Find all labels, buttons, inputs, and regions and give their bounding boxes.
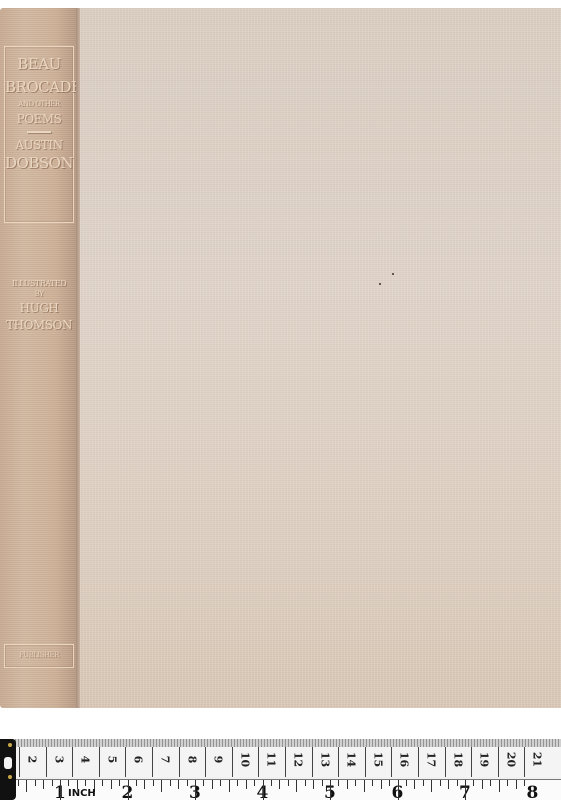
spine-publisher-panel: PUBLISHER	[4, 644, 74, 668]
cm-label: 16	[398, 752, 411, 768]
cm-tick	[418, 747, 419, 777]
inch-tick	[431, 780, 432, 792]
inch-tick	[330, 780, 331, 800]
cm-tick	[312, 747, 313, 777]
inch-tick	[423, 780, 424, 786]
inch-tick	[170, 780, 171, 786]
inch-tick	[203, 780, 204, 786]
book: BEAU BROCADE AND OTHER POEMS AUSTIN DOBS…	[0, 8, 561, 708]
inch-tick	[381, 780, 382, 789]
cm-label: 10	[238, 752, 251, 768]
cm-tick	[338, 747, 339, 777]
inch-tick	[43, 780, 44, 789]
inch-tick	[35, 780, 36, 786]
front-cover	[80, 8, 561, 708]
cm-tick	[285, 747, 286, 777]
spine-title-line3: AND OTHER	[5, 101, 73, 108]
inch-tick	[457, 780, 458, 786]
inch-tick	[288, 780, 289, 786]
cm-label: 8	[185, 752, 198, 768]
inch-tick	[490, 780, 491, 786]
inch-tick	[111, 780, 112, 789]
cm-tick	[365, 747, 366, 777]
cover-speck	[392, 273, 394, 275]
cm-label: 5	[105, 752, 118, 768]
inch-tick	[26, 780, 27, 792]
inch-tick	[347, 780, 348, 789]
inch-tick	[52, 780, 53, 786]
cm-label: 9	[212, 752, 225, 768]
inch-tick	[338, 780, 339, 786]
inch-tick	[60, 780, 61, 800]
cm-label: 13	[318, 752, 331, 768]
inch-tick	[144, 780, 145, 789]
cm-label: 18	[451, 752, 464, 768]
cm-label: 20	[504, 752, 517, 768]
spine-title-line4: POEMS	[5, 113, 73, 125]
cm-label: 14	[345, 752, 358, 768]
inch-tick	[279, 780, 280, 789]
inch-tick	[305, 780, 306, 786]
spine-illus-line1: ILLUSTRATED	[4, 280, 74, 288]
cm-tick	[524, 747, 525, 777]
inch-tick	[271, 780, 272, 786]
cm-tick	[445, 747, 446, 777]
cm-label: 4	[79, 752, 92, 768]
inch-tick	[220, 780, 221, 786]
measuring-ruler: 23456789101112131415161718192021 1234567…	[0, 739, 561, 800]
inch-tick	[119, 780, 120, 786]
cm-label: 21	[531, 752, 544, 768]
cm-label: 6	[132, 752, 145, 768]
inch-tick	[507, 780, 508, 786]
cm-tick	[125, 747, 126, 777]
inch-tick	[254, 780, 255, 786]
inch-word: INCH	[68, 788, 96, 799]
inch-tick	[187, 780, 188, 786]
cm-tick	[99, 747, 100, 777]
inch-tick	[313, 780, 314, 789]
spine-title-line1: BEAU	[5, 57, 73, 72]
cm-label: 2	[26, 752, 39, 768]
inch-tick	[414, 780, 415, 789]
cm-tick	[258, 747, 259, 777]
inch-tick	[136, 780, 137, 786]
spine-illus-line4: THOMSON	[4, 319, 74, 331]
inch-tick	[389, 780, 390, 786]
book-spine: BEAU BROCADE AND OTHER POEMS AUSTIN DOBS…	[0, 8, 78, 708]
ruler-mm-scale	[0, 739, 561, 747]
inch-tick	[355, 780, 356, 786]
spine-author-line1: AUSTIN	[5, 139, 73, 151]
inch-tick	[68, 780, 69, 786]
cm-tick	[46, 747, 47, 777]
cm-label: 7	[159, 752, 172, 768]
inch-tick	[178, 780, 179, 789]
inch-tick	[153, 780, 154, 786]
cm-tick	[205, 747, 206, 777]
inch-tick	[516, 780, 517, 789]
cm-label: 19	[478, 752, 491, 768]
inch-tick	[465, 780, 466, 800]
spine-author-line2: DOBSON	[5, 156, 73, 171]
inch-tick	[524, 780, 525, 786]
cm-tick	[471, 747, 472, 777]
cover-speck	[379, 283, 381, 285]
inch-tick	[237, 780, 238, 786]
inch-tick	[102, 780, 103, 786]
inch-tick	[406, 780, 407, 786]
inch-tick	[322, 780, 323, 786]
inch-tick	[246, 780, 247, 789]
inch-tick	[499, 780, 500, 792]
cm-tick	[72, 747, 73, 777]
spine-title-line2: BROCADE	[5, 80, 73, 95]
spine-title-panel: BEAU BROCADE AND OTHER POEMS AUSTIN DOBS…	[4, 46, 74, 223]
spine-illus-line2: BY	[4, 291, 74, 298]
inch-tick	[398, 780, 399, 800]
inch-tick	[263, 780, 264, 800]
cm-tick	[19, 747, 20, 777]
cm-label: 15	[371, 752, 384, 768]
cm-tick	[152, 747, 153, 777]
cm-label: 17	[425, 752, 438, 768]
inch-tick	[440, 780, 441, 786]
cm-tick	[391, 747, 392, 777]
inch-tick	[18, 780, 19, 786]
spine-divider	[27, 131, 51, 133]
inch-tick	[364, 780, 365, 792]
cm-tick	[179, 747, 180, 777]
inch-tick	[482, 780, 483, 789]
cm-tick	[232, 747, 233, 777]
inch-tick	[473, 780, 474, 786]
cm-tick	[498, 747, 499, 777]
inch-tick	[372, 780, 373, 786]
inch-tick	[448, 780, 449, 789]
inch-tick	[296, 780, 297, 792]
cm-label: 11	[265, 752, 278, 768]
inch-tick	[195, 780, 196, 800]
spine-illustrator: ILLUSTRATED BY HUGH THOMSON	[4, 280, 74, 331]
inch-tick	[229, 780, 230, 792]
cm-label: 3	[52, 752, 65, 768]
inch-tick	[161, 780, 162, 792]
inch-tick	[85, 780, 86, 786]
cm-label: 12	[292, 752, 305, 768]
inch-label: 8	[527, 783, 539, 800]
spine-publisher: PUBLISHER	[5, 652, 73, 659]
inch-tick	[128, 780, 129, 800]
spine-illus-line3: HUGH	[4, 302, 74, 314]
inch-tick	[212, 780, 213, 789]
ruler-end-clip	[0, 739, 16, 800]
